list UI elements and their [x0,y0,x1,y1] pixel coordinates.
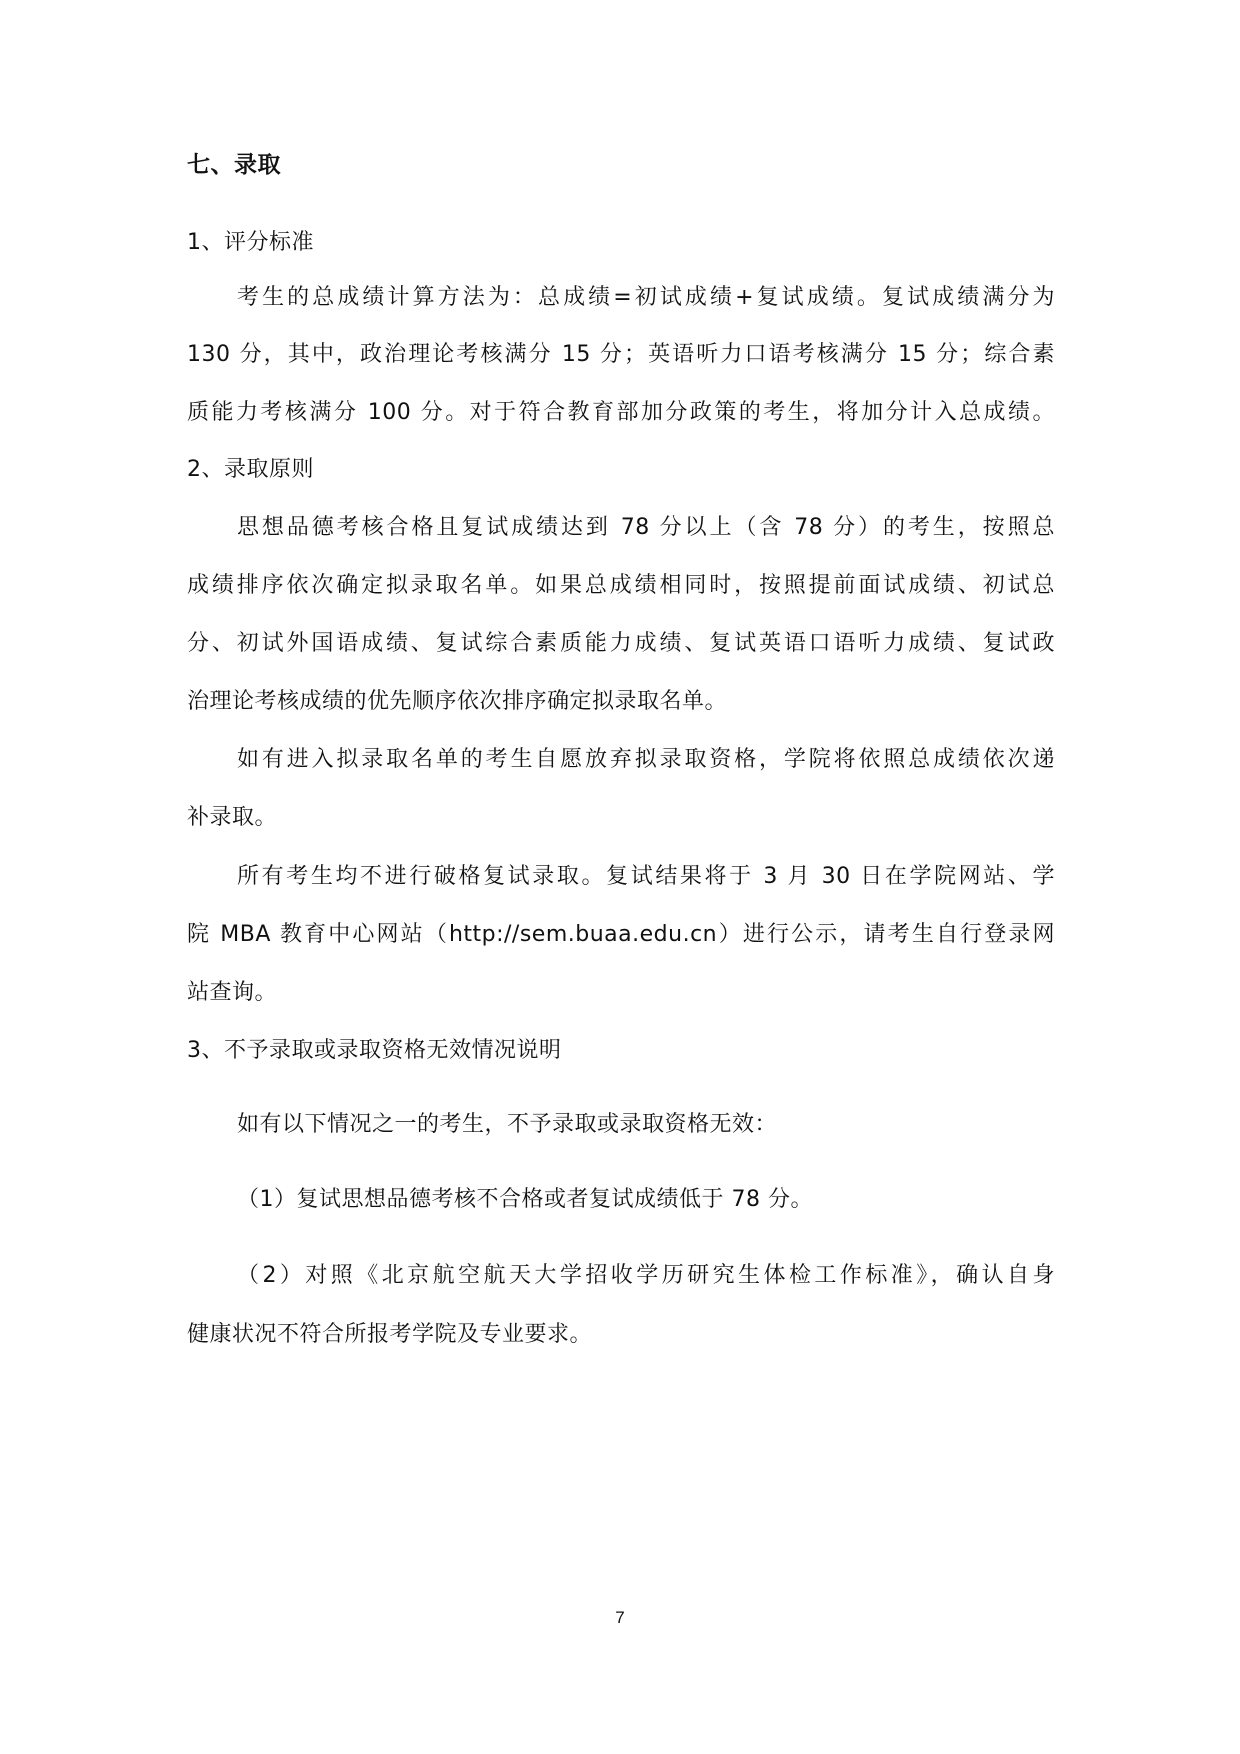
subsection-heading-scoring: 1、评分标准 [187,228,314,258]
paragraph-line: 130 分，其中，政治理论考核满分 15 分；英语听力口语考核满分 15 分；综… [187,340,1055,370]
disqualification-item-1: （1）复试思想品德考核不合格或者复试成绩低于 78 分。 [237,1185,813,1215]
paragraph-line: 成绩排序依次确定拟录取名单。如果总成绩相同时，按照提前面试成绩、初试总 [187,571,1055,601]
paragraph-line: 补录取。 [187,803,277,833]
paragraph-line: 站查询。 [187,978,277,1008]
paragraph-line: 质能力考核满分 100 分。对于符合教育部加分政策的考生，将加分计入总成绩。 [187,398,1055,428]
paragraph-line: 分、初试外国语成绩、复试综合素质能力成绩、复试英语口语听力成绩、复试政 [187,629,1055,659]
subsection-heading-disqualification: 3、不予录取或录取资格无效情况说明 [187,1036,562,1066]
page-number: 7 [0,1608,1240,1628]
paragraph-line: （2）对照《北京航空航天大学招收学历研究生体检工作标准》，确认自身 [237,1261,1055,1291]
paragraph-line: 思想品德考核合格且复试成绩达到 78 分以上（含 78 分）的考生，按照总 [237,513,1055,543]
paragraph-line: 治理论考核成绩的优先顺序依次排序确定拟录取名单。 [187,687,727,717]
paragraph-line: 健康状况不符合所报考学院及专业要求。 [187,1320,592,1350]
paragraph-line: 考生的总成绩计算方法为：总成绩=初试成绩+复试成绩。复试成绩满分为 [237,283,1055,313]
paragraph-line: 如有进入拟录取名单的考生自愿放弃拟录取资格，学院将依照总成绩依次递 [237,745,1055,775]
paragraph-line: 所有考生均不进行破格复试录取。复试结果将于 3 月 30 日在学院网站、学 [237,862,1055,892]
subsection-heading-admission-principle: 2、录取原则 [187,455,314,485]
paragraph-line-with-url: 院 MBA 教育中心网站（http://sem.buaa.edu.cn）进行公示… [187,920,1055,950]
section-title: 七、录取 [187,150,281,180]
disqualification-intro: 如有以下情况之一的考生，不予录取或录取资格无效： [237,1110,777,1140]
